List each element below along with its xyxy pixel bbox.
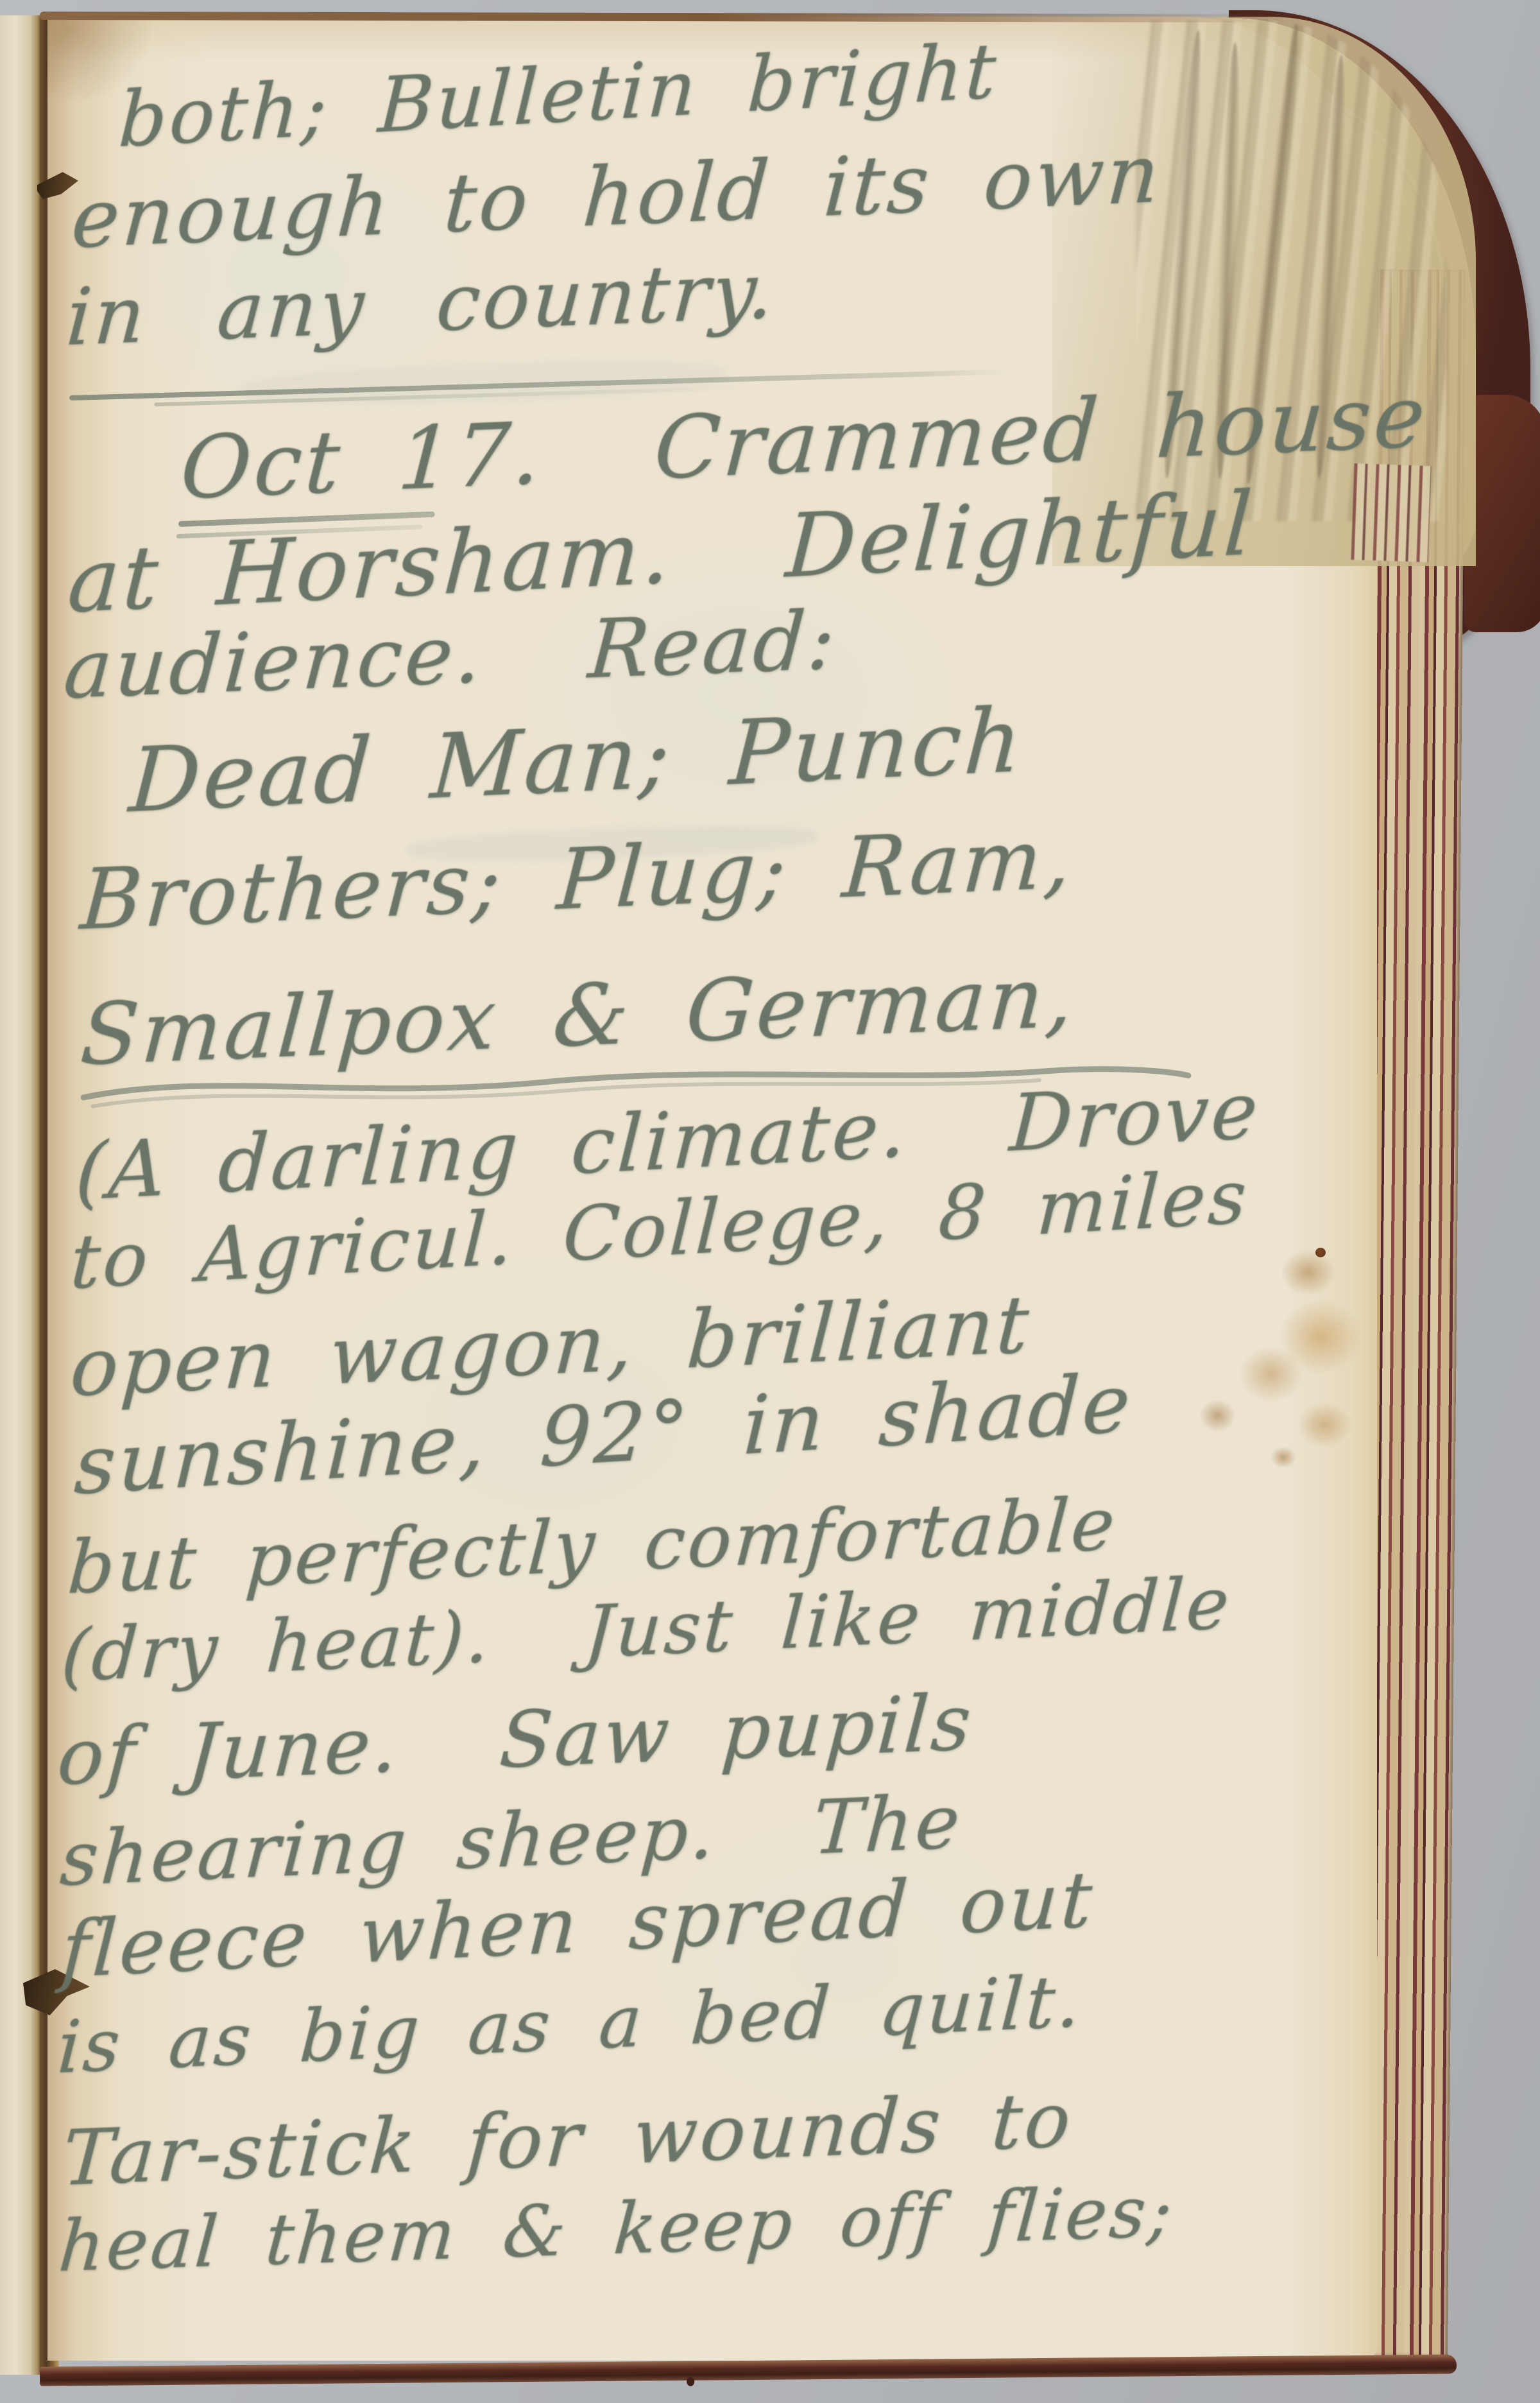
rust-stain xyxy=(1181,1236,1386,1467)
stain-dot xyxy=(1315,1248,1326,1257)
gathered-page-edges xyxy=(1351,463,1431,562)
notebook-photo: both; Bulletin brightenough to hold its … xyxy=(0,0,1540,2403)
edge-nub xyxy=(687,2377,694,2386)
facing-page-edge xyxy=(0,15,40,2375)
